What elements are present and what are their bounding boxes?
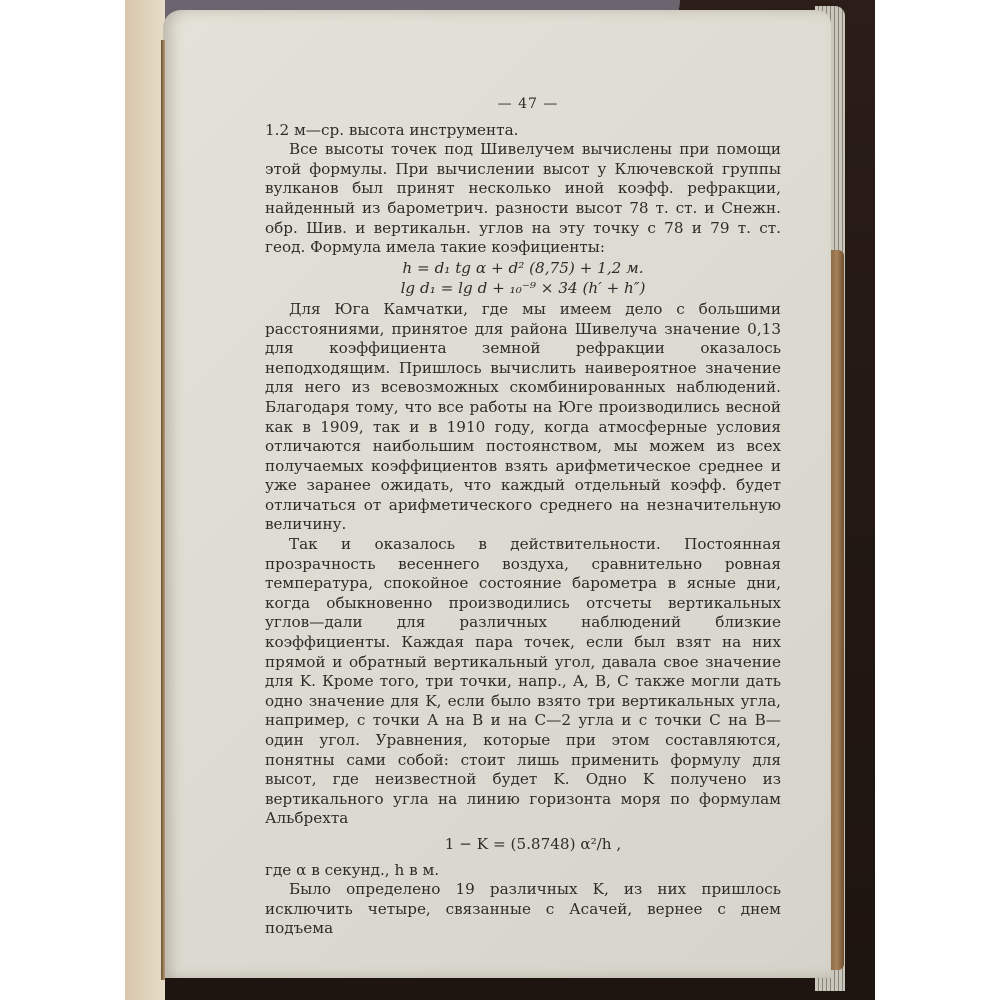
book-photo: — 47 — 1.2 м—ср. высота инструмента. Все… <box>125 0 875 1000</box>
formula-albrecht: 1 − K = (5.8748) α²/h , <box>285 835 781 855</box>
paragraph-reality: Так и оказалось в действительности. Пост… <box>265 535 781 829</box>
page-gutter-fold <box>161 40 165 980</box>
paragraph-south-kamchatka: Для Юга Камчатки, где мы имеем дело с бо… <box>265 300 781 535</box>
text-line-instrument-height: 1.2 м—ср. высота инструмента. <box>265 121 781 141</box>
book-cover-edge <box>830 250 844 970</box>
formula-height: h = d₁ tg α + d² (8,75) + 1,2 м. <box>265 259 781 279</box>
left-page-edge <box>125 0 165 1000</box>
text-line-units: где α в секунд., h в м. <box>265 861 781 881</box>
page-number: — 47 — <box>265 95 781 115</box>
paragraph-nineteen-k: Было определено 19 различных K, из них п… <box>265 880 781 939</box>
paragraph-shiveluch: Все высоты точек под Шивелучем вычислены… <box>265 140 781 258</box>
formula-log-distance: lg d₁ = lg d + ₁₀⁻⁹ × 34 (h′ + h″) <box>265 279 781 299</box>
page-text: — 47 — 1.2 м—ср. высота инструмента. Все… <box>265 95 781 939</box>
